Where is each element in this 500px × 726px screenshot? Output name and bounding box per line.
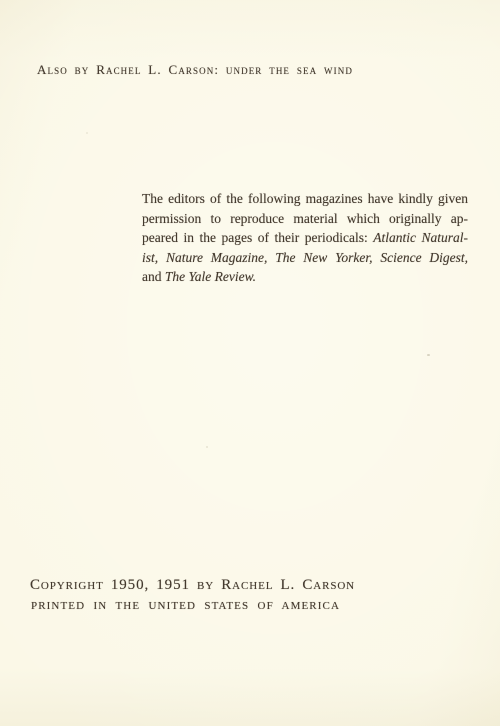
- paper-texture: [0, 0, 500, 726]
- paragraph-text: The editors of the following magazines h…: [142, 191, 468, 206]
- magazine-title-text: The Yale Review.: [165, 269, 256, 284]
- also-by-author-line: Also by Rachel L. Carson: under the sea …: [37, 62, 353, 78]
- paragraph-line: peared in the pages of their periodicals…: [142, 228, 468, 248]
- magazine-permissions-paragraph: The editors of the following magazines h…: [142, 189, 468, 287]
- paragraph-line: The editors of the following magazines h…: [142, 189, 468, 209]
- paragraph-line: ist, Nature Magazine, The New Yorker, Sc…: [142, 248, 468, 268]
- magazine-title-text: ist, Nature Magazine, The New Yorker, Sc…: [142, 250, 468, 265]
- paragraph-text: permission to reproduce material which o…: [142, 211, 468, 226]
- paper-speck: [427, 354, 430, 356]
- paper-speck: [86, 132, 88, 134]
- paragraph-text: peared in the pages of their periodicals…: [142, 230, 373, 245]
- paragraph-line: and The Yale Review.: [142, 267, 468, 287]
- copyright-notice-line: Copyright 1950, 1951 by Rachel L. Carson: [30, 577, 355, 594]
- magazine-title-text: Atlantic Natural-: [373, 230, 468, 245]
- scanned-book-page: { "colors": { "paper": "#fbf8e7", "ink":…: [0, 0, 500, 726]
- paragraph-line: permission to reproduce material which o…: [142, 209, 468, 229]
- paper-speck: [206, 446, 208, 448]
- printed-in-usa-line: PRINTED IN THE UNITED STATES OF AMERICA: [31, 600, 340, 612]
- paragraph-text: and: [142, 269, 165, 284]
